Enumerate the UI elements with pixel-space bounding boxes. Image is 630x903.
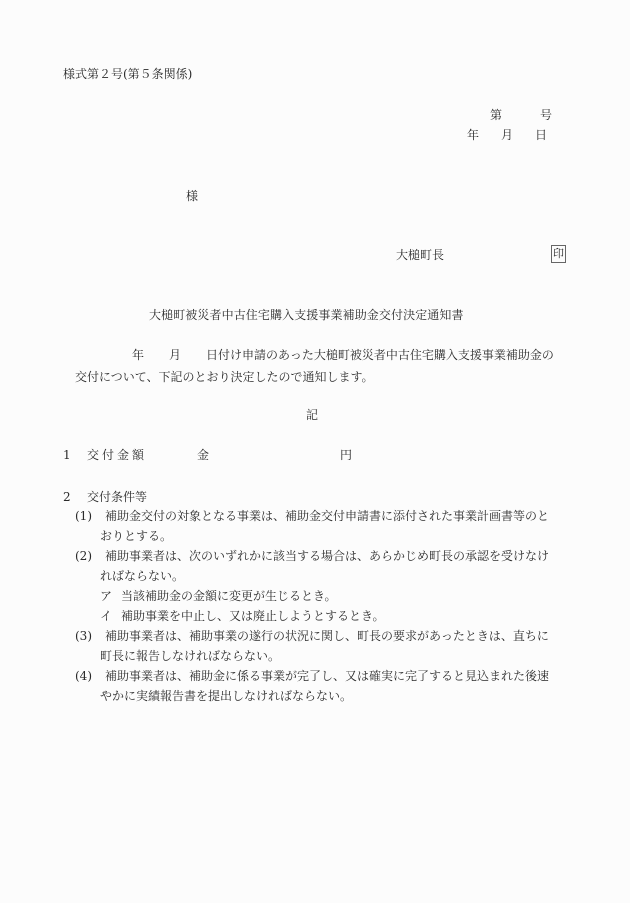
item-label: 交付金額 bbox=[87, 447, 197, 463]
condition-3-line-1: (3)補助事業者は、補助事業の遂行の状況に関し、町長の要求があったときは、直ちに bbox=[75, 628, 549, 644]
condition-4-line-1: (4)補助事業者は、補助金に係る事業が完了し、又は確実に完了すると見込まれた後速 bbox=[75, 668, 549, 684]
item-number: 1 bbox=[63, 447, 87, 463]
condition-marker: (3) bbox=[75, 628, 105, 644]
date-year: 年 bbox=[467, 127, 479, 143]
condition-2-line-1: (2)補助事業者は、次のいずれかに該当する場合は、あらかじめ町長の承認を受けなけ bbox=[75, 548, 549, 564]
condition-4-line-2: やかに実績報告書を提出しなければならない。 bbox=[100, 688, 352, 704]
seal-mark: 印 bbox=[551, 245, 566, 263]
condition-text: 補助事業者は、補助事業の遂行の状況に関し、町長の要求があったときは、直ちに bbox=[105, 629, 549, 643]
condition-text: 補助金交付の対象となる事業は、補助金交付申請書に添付された事業計画書等のと bbox=[105, 509, 549, 523]
document-title: 大槌町被災者中古住宅購入支援事業補助金交付決定通知書 bbox=[149, 307, 464, 323]
item-label: 交付条件等 bbox=[87, 490, 147, 504]
condition-text: 補助事業者は、補助金に係る事業が完了し、又は確実に完了すると見込まれた後速 bbox=[105, 669, 549, 683]
condition-2-line-2: ればならない。 bbox=[100, 568, 184, 584]
condition-marker: (4) bbox=[75, 668, 105, 684]
doc-no-suffix: 号 bbox=[540, 107, 552, 123]
date-month: 月 bbox=[501, 127, 513, 143]
condition-1-line-2: おりとする。 bbox=[100, 528, 172, 544]
sender-name: 大槌町長 bbox=[396, 247, 444, 263]
body-year: 年 bbox=[132, 348, 144, 362]
amount-prefix: 金 bbox=[197, 447, 340, 463]
condition-1-line-1: (1)補助金交付の対象となる事業は、補助金交付申請書に添付された事業計画書等のと bbox=[75, 508, 549, 524]
item-conditions-heading: 2交付条件等 bbox=[63, 489, 147, 505]
subitem-marker: イ bbox=[100, 608, 121, 624]
issue-date: 年月日 bbox=[467, 127, 547, 143]
condition-3-line-2: 町長に報告しなければならない。 bbox=[100, 648, 280, 664]
body-line-1: 年月日付け申請のあった大槌町被災者中古住宅購入支援事業補助金の bbox=[132, 347, 554, 363]
item-number: 2 bbox=[63, 489, 87, 505]
condition-2-subitem-i: イ補助事業を中止し、又は廃止しようとするとき。 bbox=[100, 608, 385, 624]
form-number: 様式第２号(第５条関係) bbox=[63, 66, 192, 82]
ki-heading: 記 bbox=[306, 407, 318, 423]
date-day: 日 bbox=[535, 127, 547, 143]
subitem-marker: ア bbox=[100, 588, 121, 604]
condition-marker: (1) bbox=[75, 508, 105, 524]
subitem-text: 補助事業を中止し、又は廃止しようとするとき。 bbox=[121, 609, 385, 623]
amount-unit: 円 bbox=[340, 448, 352, 462]
document-number: 第号 bbox=[490, 107, 552, 123]
body-month: 月 bbox=[169, 348, 181, 362]
subitem-text: 当該補助金の金額に変更が生じるとき。 bbox=[121, 589, 337, 603]
body-line-1-rest: 日付け申請のあった大槌町被災者中古住宅購入支援事業補助金の bbox=[206, 348, 554, 362]
body-line-2: 交付について、下記のとおり決定したので通知します。 bbox=[75, 369, 374, 385]
item-grant-amount: 1交付金額金円 bbox=[63, 447, 352, 463]
condition-marker: (2) bbox=[75, 548, 105, 564]
addressee-honorific: 様 bbox=[186, 188, 198, 204]
doc-no-prefix: 第 bbox=[490, 107, 502, 123]
condition-2-subitem-a: ア当該補助金の金額に変更が生じるとき。 bbox=[100, 588, 337, 604]
condition-text: 補助事業者は、次のいずれかに該当する場合は、あらかじめ町長の承認を受けなけ bbox=[105, 549, 549, 563]
